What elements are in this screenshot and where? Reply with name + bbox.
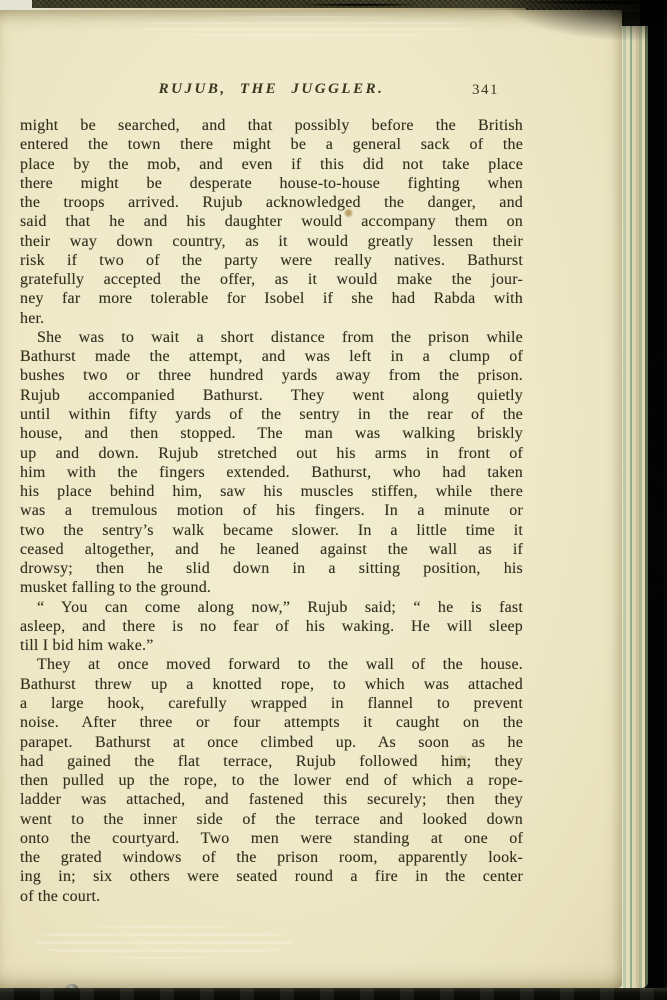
text-line: Bathurst made the attempt, and was left … [20,347,523,366]
text-line: house, and then stopped. The man was wal… [20,424,523,443]
page-number: 341 [472,82,499,99]
text-line: musket falling to the ground. [20,578,523,597]
text-line: She was to wait a short distance from th… [20,328,523,347]
text-line: had gained the flat terrace, Rujub follo… [20,752,523,771]
scan-artifact-streaks [140,16,470,38]
text-line: ing in; six others were seated round a f… [20,867,523,886]
text-line: went to the inner side of the terrace an… [20,810,523,829]
scan-artifact-streaks [34,925,294,959]
text-line: gratefully accepted the offer, as it wou… [20,270,523,289]
text-line: up and down. Rujub stretched out his arm… [20,444,523,463]
text-line: there might be desperate house-to-house … [20,174,523,193]
text-line: place by the mob, and even if this did n… [20,155,523,174]
text-line: a large hook, carefully wrapped in flann… [20,694,523,713]
text-line: his place behind him, saw his muscles st… [20,482,523,501]
text-line: until within fifty yards of the sentry i… [20,405,523,424]
text-line: then pulled up the rope, to the lower en… [20,771,523,790]
text-line: ladder was attached, and fastened this s… [20,790,523,809]
text-line: of the court. [20,887,523,906]
text-line: might be searched, and that possibly bef… [20,116,523,135]
text-line: Rujub accompanied Bathurst. They went al… [20,386,523,405]
text-line: the grated windows of the prison room, a… [20,848,523,867]
text-line: two the sentry’s walk became slower. In … [20,521,523,540]
text-line: parapet. Bathurst at once climbed up. As… [20,733,523,752]
text-line: asleep, and there is no fear of his waki… [20,617,523,636]
text-line: ceased altogether, and he leaned against… [20,540,523,559]
text-line: till I bid him wake.” [20,636,523,655]
page-stack-fore-edges [618,26,648,988]
text-line: him with the fingers extended. Bathurst,… [20,463,523,482]
text-line: her. [20,309,523,328]
scanned-book-photo: RUJUB, THE JUGGLER. 341 might be searche… [0,0,667,1000]
text-line: the troops arrived. Rujub acknowledged t… [20,193,523,212]
paragraph: She was to wait a short distance from th… [20,328,523,598]
text-line: onto the courtyard. Two men were standin… [20,829,523,848]
page-title: RUJUB, THE JUGGLER. [20,81,523,98]
text-line: They at once moved forward to the wall o… [20,655,523,674]
book-page: RUJUB, THE JUGGLER. 341 might be searche… [0,10,622,988]
text-line: Bathurst threw up a knotted rope, to whi… [20,675,523,694]
table-surface [0,988,667,1000]
text-line: drowsy; then he slid down in a sitting p… [20,559,523,578]
text-line: “ You can come along now,” Rujub said; “… [20,598,523,617]
text-line: their way down country, as it would grea… [20,232,523,251]
text-line: was a tremulous motion of his fingers. I… [20,501,523,520]
text-line: ney far more tolerable for Isobel if she… [20,289,523,308]
running-header: RUJUB, THE JUGGLER. 341 [20,81,523,101]
paragraph: “ You can come along now,” Rujub said; “… [20,598,523,656]
text-line: said that he and his daughter would acco… [20,212,523,231]
text-line: entered the town there might be a genera… [20,135,523,154]
body-text: might be searched, and that possibly bef… [20,116,523,906]
paragraph: might be searched, and that possibly bef… [20,116,523,328]
text-line: bushes two or three hundred yards away f… [20,366,523,385]
text-line: risk if two of the party were really nat… [20,251,523,270]
paragraph: They at once moved forward to the wall o… [20,655,523,905]
text-line: noise. After three or four attempts it c… [20,713,523,732]
